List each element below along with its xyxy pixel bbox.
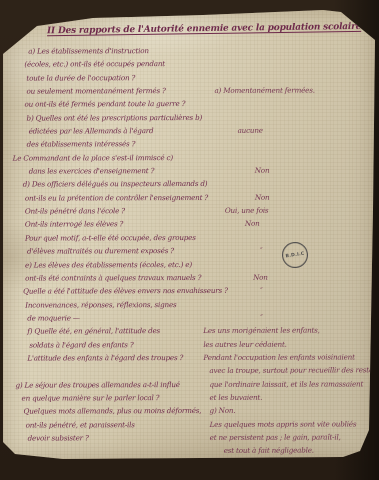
question-text: Le Commandant de la place s'est-il immis… (13, 153, 173, 163)
answer-text: avec la troupe, surtout pour recueillir … (209, 366, 378, 376)
question-text: Ont-ils pénétré dans l'école ? (25, 206, 125, 215)
manuscript-lines: a) Les établissements d'instruction (éco… (12, 45, 373, 459)
manuscript-line: des établissements intéressés ? (13, 139, 373, 154)
question-text: b) Quelles ont été les prescriptions par… (27, 113, 203, 123)
answer-text: a) Momentanément fermées. (214, 86, 314, 95)
answer-text: est tout à fait négligeable. (224, 446, 314, 455)
manuscript-line: b) Quelles ont été les prescriptions par… (13, 112, 373, 127)
manuscript-line: ont-ils été contraints à quelques travau… (13, 272, 373, 287)
answer-text: et les buvaient. (209, 393, 262, 402)
question-text: ou seulement momentanément fermés ? (26, 86, 165, 95)
manuscript-line: avec la troupe, surtout pour recueillir … (13, 366, 373, 381)
question-text: en quelque manière sur le parler local ? (21, 393, 159, 402)
manuscript-line: Le Commandant de la place s'est-il immis… (13, 152, 373, 167)
answer-text: g) Non. (210, 406, 236, 415)
question-text: d) Des officiers délégués ou inspecteurs… (23, 179, 208, 189)
answer-text: les autres leur cédaient. (203, 339, 286, 348)
answer-text: Non (255, 166, 270, 175)
answer-text: Non (253, 273, 268, 282)
question-text: Quelques mots allemands, plus ou moins d… (24, 406, 202, 416)
manuscript-line: g) Le séjour des troupes allemandes a-t-… (13, 379, 373, 394)
question-text: g) Le séjour des troupes allemandes a-t-… (15, 380, 179, 390)
manuscript-line: ou seulement momentanément fermés ? a) M… (12, 85, 372, 100)
manuscript-line: de moquerie — ″ (13, 312, 373, 327)
manuscript-line: (écoles, etc.) ont-ils été occupés penda… (12, 59, 372, 74)
manuscript-line: Pour quel motif, a-t-elle été occupée, d… (13, 232, 373, 247)
manuscript-line: est tout à fait négligeable. (14, 446, 374, 461)
answer-text: Les uns morigénaient les enfants, (203, 326, 320, 335)
question-text: ont-ils pénétré, et paraissent-ils (26, 420, 135, 429)
question-text: dans les exercices d'enseignement ? (29, 166, 155, 175)
answer-text: Les quelques mots appris sont vite oubli… (210, 419, 357, 429)
manuscript-line: devoir subsister ? et ne persistent pas … (14, 432, 374, 447)
manuscript-line: Ont-ils pénétré dans l'école ? Oui, une … (13, 205, 373, 220)
answer-text: que l'ordinaire laissait, et ils les ram… (209, 379, 363, 389)
manuscript-line: L'attitude des enfants à l'égard des tro… (13, 352, 373, 367)
manuscript-line: f) Quelle été, en général, l'attitude de… (13, 326, 373, 341)
answer-text: ″ (260, 246, 263, 255)
question-text: Inconvenances, réponses, réflexions, sig… (25, 300, 176, 310)
manuscript-line: Ont-ils interrogé les élèves ? Non (13, 219, 373, 234)
answer-text: ″ (260, 313, 263, 322)
manuscript-line: toute la durée de l'occupation ? (12, 72, 372, 87)
question-text: toute la durée de l'occupation ? (26, 73, 135, 82)
manuscript-line: Quelle a été l'attitude des élèves enver… (13, 286, 373, 301)
question-text: a) Les établissements d'instruction (28, 46, 149, 55)
question-text: de moquerie — (27, 313, 80, 322)
manuscript-line: a) Les établissements d'instruction (12, 45, 372, 60)
question-text: e) Les élèves des établissements (écoles… (25, 260, 192, 270)
answer-text: aucune (238, 126, 263, 135)
answer-text: ″ (260, 286, 263, 295)
question-text: Quelle a été l'attitude des élèves enver… (23, 286, 228, 296)
manuscript-line: Quelques mots allemands, plus ou moins d… (14, 406, 374, 421)
question-text: d'élèves maltraités ou durement exposés … (27, 246, 174, 256)
answer-text: Oui, une fois (225, 206, 269, 215)
page-title: II Des rapports de l'Autorité ennemie av… (47, 22, 369, 36)
answer-text: Non (245, 219, 260, 228)
manuscript-line: ont-ils pénétré, et paraissent-ils Les q… (14, 419, 374, 434)
manuscript-line: soldats à l'égard des enfants ? les autr… (13, 339, 373, 354)
answer-text: Pendant l'occupation les enfants voisina… (203, 352, 354, 362)
question-text: soldats à l'égard des enfants ? (29, 340, 133, 349)
question-text: ont-ils eu la prétention de contrôler l'… (25, 193, 208, 203)
manuscript-line: d) Des officiers délégués ou inspecteurs… (13, 179, 373, 194)
manuscript-line: e) Les élèves des établissements (écoles… (13, 259, 373, 274)
manuscript-page: II Des rapports de l'Autorité ennemie av… (3, 10, 375, 459)
question-text: Ont-ils interrogé les élèves ? (25, 220, 123, 229)
manuscript-line: en quelque manière sur le parler local ?… (13, 392, 373, 407)
question-text: Pour quel motif, a-t-elle été occupée, d… (25, 233, 196, 243)
manuscript-line: ou ont-ils été fermés pendant toute la g… (12, 99, 372, 114)
stamp-label: B.D.I.C (285, 251, 305, 259)
question-text: ou ont-ils été fermés pendant toute la g… (24, 99, 185, 109)
question-text: f) Quelle été, en général, l'attitude de… (27, 326, 160, 335)
manuscript-line: édictées par les Allemands à l'égard auc… (13, 125, 373, 140)
answer-text: Non (255, 193, 270, 202)
manuscript-line: ont-ils eu la prétention de contrôler l'… (13, 192, 373, 207)
photo-background: II Des rapports de l'Autorité ennemie av… (0, 0, 379, 480)
answer-text: et ne persistent pas ; le gain, paraît-i… (210, 432, 341, 441)
question-text: ont-ils été contraints à quelques travau… (25, 273, 201, 283)
question-text: L'attitude des enfants à l'égard des tro… (27, 353, 183, 363)
question-text: des établissements intéressés ? (27, 140, 136, 149)
manuscript-line: d'élèves maltraités ou durement exposés … (13, 246, 373, 261)
question-text: (écoles, etc.) ont-ils été occupés penda… (24, 59, 165, 68)
manuscript-line: dans les exercices d'enseignement ? Non (13, 165, 373, 180)
question-text: édictées par les Allemands à l'égard (29, 126, 154, 135)
question-text: devoir subsister ? (28, 433, 89, 442)
manuscript-line: Inconvenances, réponses, réflexions, sig… (13, 299, 373, 314)
